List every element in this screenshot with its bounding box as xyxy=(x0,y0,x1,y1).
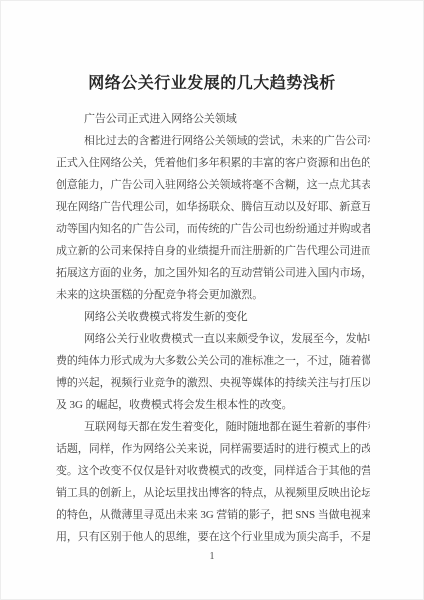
text-line: 销工具的创新上，从论坛里找出博客的特点，从视频里反映出论坛 xyxy=(56,482,370,504)
document-page: 网络公关行业发展的几大趋势浅析 广告公司正式进入网络公关领域 相比过去的含蓄进行… xyxy=(0,0,424,600)
document-body: 广告公司正式进入网络公关领域 相比过去的含蓄进行网络公关领域的尝试，未来的广告公… xyxy=(56,108,370,548)
text-line: 互联网每天都在发生着变化，随时随地都在诞生着新的事件和 xyxy=(56,416,370,438)
text-line: 成立新的公司来保持自身的业绩提升而注册新的广告代理公司进而 xyxy=(56,240,370,262)
text-line: 用，只有区别于他人的思维，要在这个行业里成为顶尖高手，不是 xyxy=(56,526,370,548)
text-line: 博的兴起，视频行业竞争的激烈、央视等媒体的持续关注与打压以 xyxy=(56,372,370,394)
text-line: 变。这个改变不仅仅是针对收费模式的改变，同样适合于其他的营 xyxy=(56,460,370,482)
page-number: 1 xyxy=(0,551,424,562)
text-line: 费的纯体力形式成为大多数公关公司的准标准之一，不过，随着微 xyxy=(56,350,370,372)
section-heading: 网络公关收费模式将发生新的变化 xyxy=(56,306,370,328)
text-line: 创意能力，广告公司入驻网络公关领域将毫不含糊，这一点尤其表 xyxy=(56,174,370,196)
text-line: 话题，同样，作为网络公关来说，同样需要适时的进行模式上的改 xyxy=(56,438,370,460)
text-line: 的特色，从微薄里寻觅出未来 3G 营销的影子，把 SNS 当做电视来 xyxy=(56,504,370,526)
text-line: 正式入住网络公关，凭着他们多年积累的丰富的客户资源和出色的 xyxy=(56,152,370,174)
text-line: 及 3G 的崛起，收费模式将会发生根本性的改变。 xyxy=(56,394,370,416)
text-line: 网络公关行业收费模式一直以来颇受争议，发展至今，发帖收 xyxy=(56,328,370,350)
text-line: 动等国内知名的广告公司，而传统的广告公司也纷纷通过并购或者 xyxy=(56,218,370,240)
section-heading: 广告公司正式进入网络公关领域 xyxy=(56,108,370,130)
text-line: 未来的这块蛋糕的分配竞争将会更加激烈。 xyxy=(56,284,370,306)
document-title: 网络公关行业发展的几大趋势浅析 xyxy=(0,0,424,94)
text-line: 相比过去的含蓄进行网络公关领域的尝试，未来的广告公司将 xyxy=(56,130,370,152)
text-line: 拓展这方面的业务，加之国外知名的互动营销公司进入国内市场， xyxy=(56,262,370,284)
text-line: 现在网络广告代理公司，如华扬联众、腾信互动以及好耶、新意互 xyxy=(56,196,370,218)
